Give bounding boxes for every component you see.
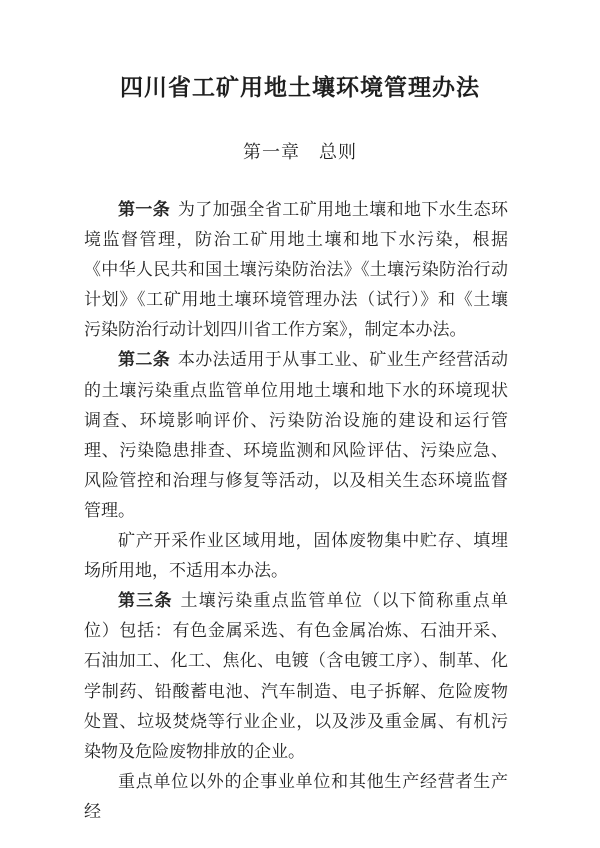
- paragraph-text: 矿产开采作业区域用地，固体废物集中贮存、填埋场所用地，不适用本办法。: [84, 531, 508, 581]
- paragraph: 第二条本办法适用于从事工业、矿业生产经营活动的土壤污染重点监管单位用地土壤和地下…: [84, 345, 508, 526]
- article-number-label: 第一条: [118, 200, 170, 220]
- document-title: 四川省工矿用地土壤环境管理办法: [0, 74, 600, 102]
- paragraph-text: 本办法适用于从事工业、矿业生产经营活动的土壤污染重点监管单位用地土壤和地下水的环…: [84, 350, 508, 520]
- paragraph: 矿产开采作业区域用地，固体废物集中贮存、填埋场所用地，不适用本办法。: [84, 526, 508, 586]
- article-number-label: 第三条: [118, 591, 173, 611]
- paragraph-text: 土壤污染重点监管单位（以下简称重点单位）包括：有色金属采选、有色金属冶炼、石油开…: [84, 591, 508, 761]
- paragraph-text: 为了加强全省工矿用地土壤和地下水生态环境监督管理，防治工矿用地土壤和地下水污染，…: [84, 200, 508, 340]
- document-body: 第一条为了加强全省工矿用地土壤和地下水生态环境监督管理，防治工矿用地土壤和地下水…: [84, 195, 508, 827]
- article-number-label: 第二条: [118, 350, 170, 370]
- paragraph: 重点单位以外的企事业单位和其他生产经营者生产经: [84, 767, 508, 827]
- chapter-heading: 第一章 总则: [0, 141, 600, 165]
- paragraph: 第一条为了加强全省工矿用地土壤和地下水生态环境监督管理，防治工矿用地土壤和地下水…: [84, 195, 508, 345]
- paragraph: 第三条土壤污染重点监管单位（以下简称重点单位）包括：有色金属采选、有色金属冶炼、…: [84, 586, 508, 767]
- paragraph-text: 重点单位以外的企事业单位和其他生产经营者生产经: [84, 772, 508, 822]
- document-page: 四川省工矿用地土壤环境管理办法 第一章 总则 第一条为了加强全省工矿用地土壤和地…: [0, 0, 600, 848]
